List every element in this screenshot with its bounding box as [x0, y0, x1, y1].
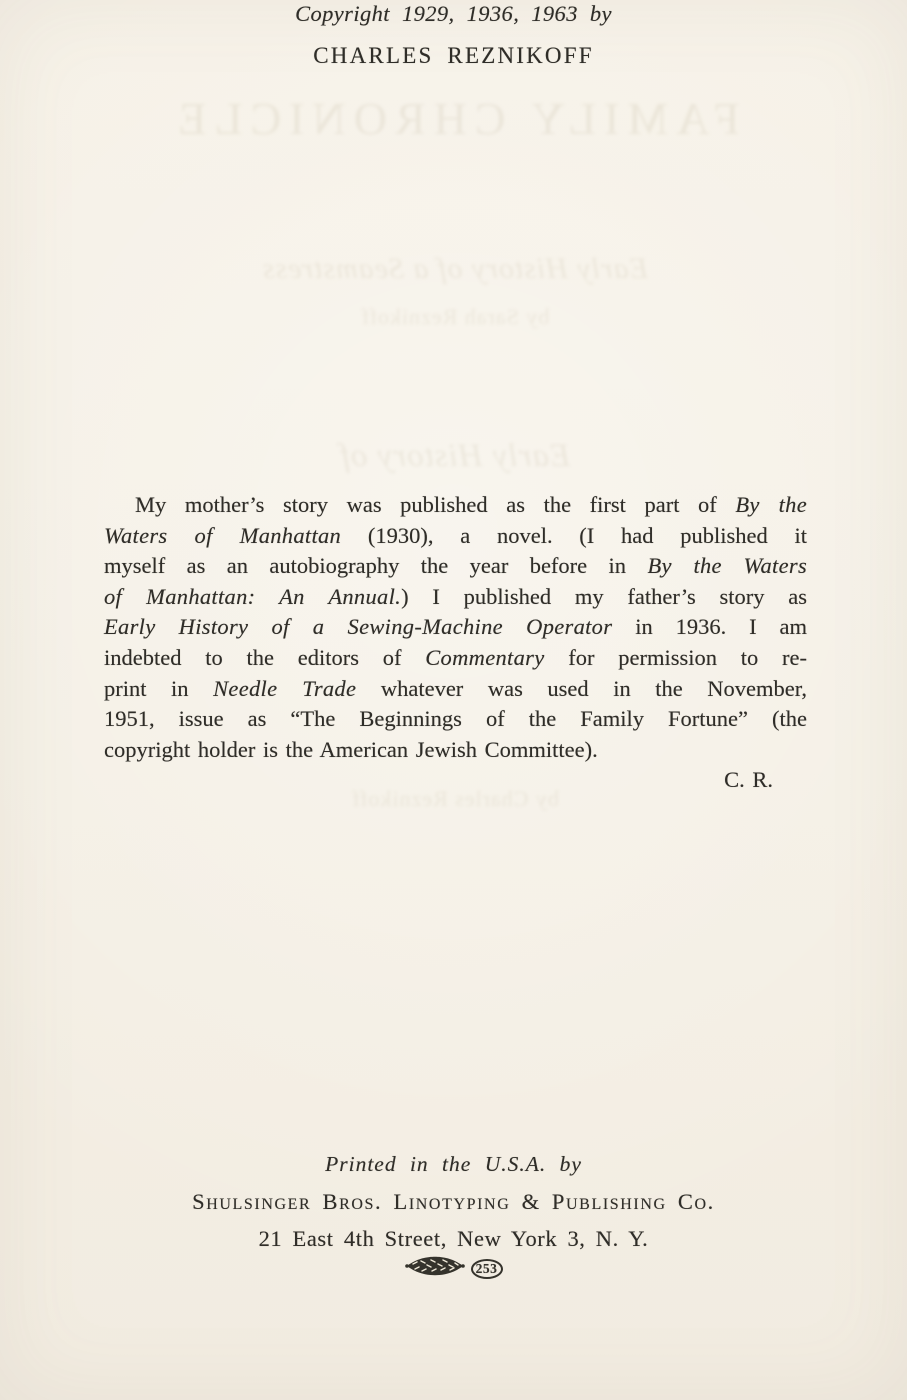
paragraph-line: copyright holder is the American Jewish … [104, 735, 807, 766]
printers-leaf-ornament-icon [405, 1256, 465, 1281]
publisher-address-line: 21 East 4th Street, New York 3, N. Y. [0, 1226, 907, 1252]
book-page: FAMILY CHRONICLEEarly History of a Seams… [0, 0, 907, 1400]
paragraph-line: of Manhattan: An Annual.) I published my… [104, 582, 807, 613]
bleedthrough-text: Early History of a Seamstress [150, 252, 760, 286]
bleedthrough-text: FAMILY CHRONICLE [60, 92, 850, 145]
paragraph-line: My mother’s story was published as the f… [104, 490, 807, 521]
copyright-block: Copyright 1929, 1936, 1963 by CHARLES RE… [0, 0, 907, 70]
initials-signature: C. R. [104, 765, 807, 796]
publisher-line: Shulsinger Bros. Linotyping & Publishing… [0, 1189, 907, 1215]
author-name: CHARLES REZNIKOFF [0, 42, 907, 70]
paragraph-line: myself as an autobiography the year befo… [104, 551, 807, 582]
paragraph-line: print in Needle Trade whatever was used … [104, 674, 807, 705]
body-paragraph: My mother’s story was published as the f… [104, 490, 807, 796]
paragraph-line: 1951, issue as “The Beginnings of the Fa… [104, 704, 807, 735]
printed-in-usa-line: Printed in the U.S.A. by [0, 1152, 907, 1177]
paragraph-line: Early History of a Sewing-Machine Operat… [104, 612, 807, 643]
bleedthrough-text: Early History of [150, 438, 760, 475]
bleedthrough-text: by Sarah Reznikoff [150, 304, 760, 330]
paragraph-line: Waters of Manhattan (1930), a novel. (I … [104, 521, 807, 552]
copyright-line: Copyright 1929, 1936, 1963 by [0, 0, 907, 28]
paragraph-line: indebted to the editors of Commentary fo… [104, 643, 807, 674]
union-bug-icon: 253 [471, 1259, 503, 1279]
colophon-ornament-row: 253 [0, 1256, 907, 1281]
